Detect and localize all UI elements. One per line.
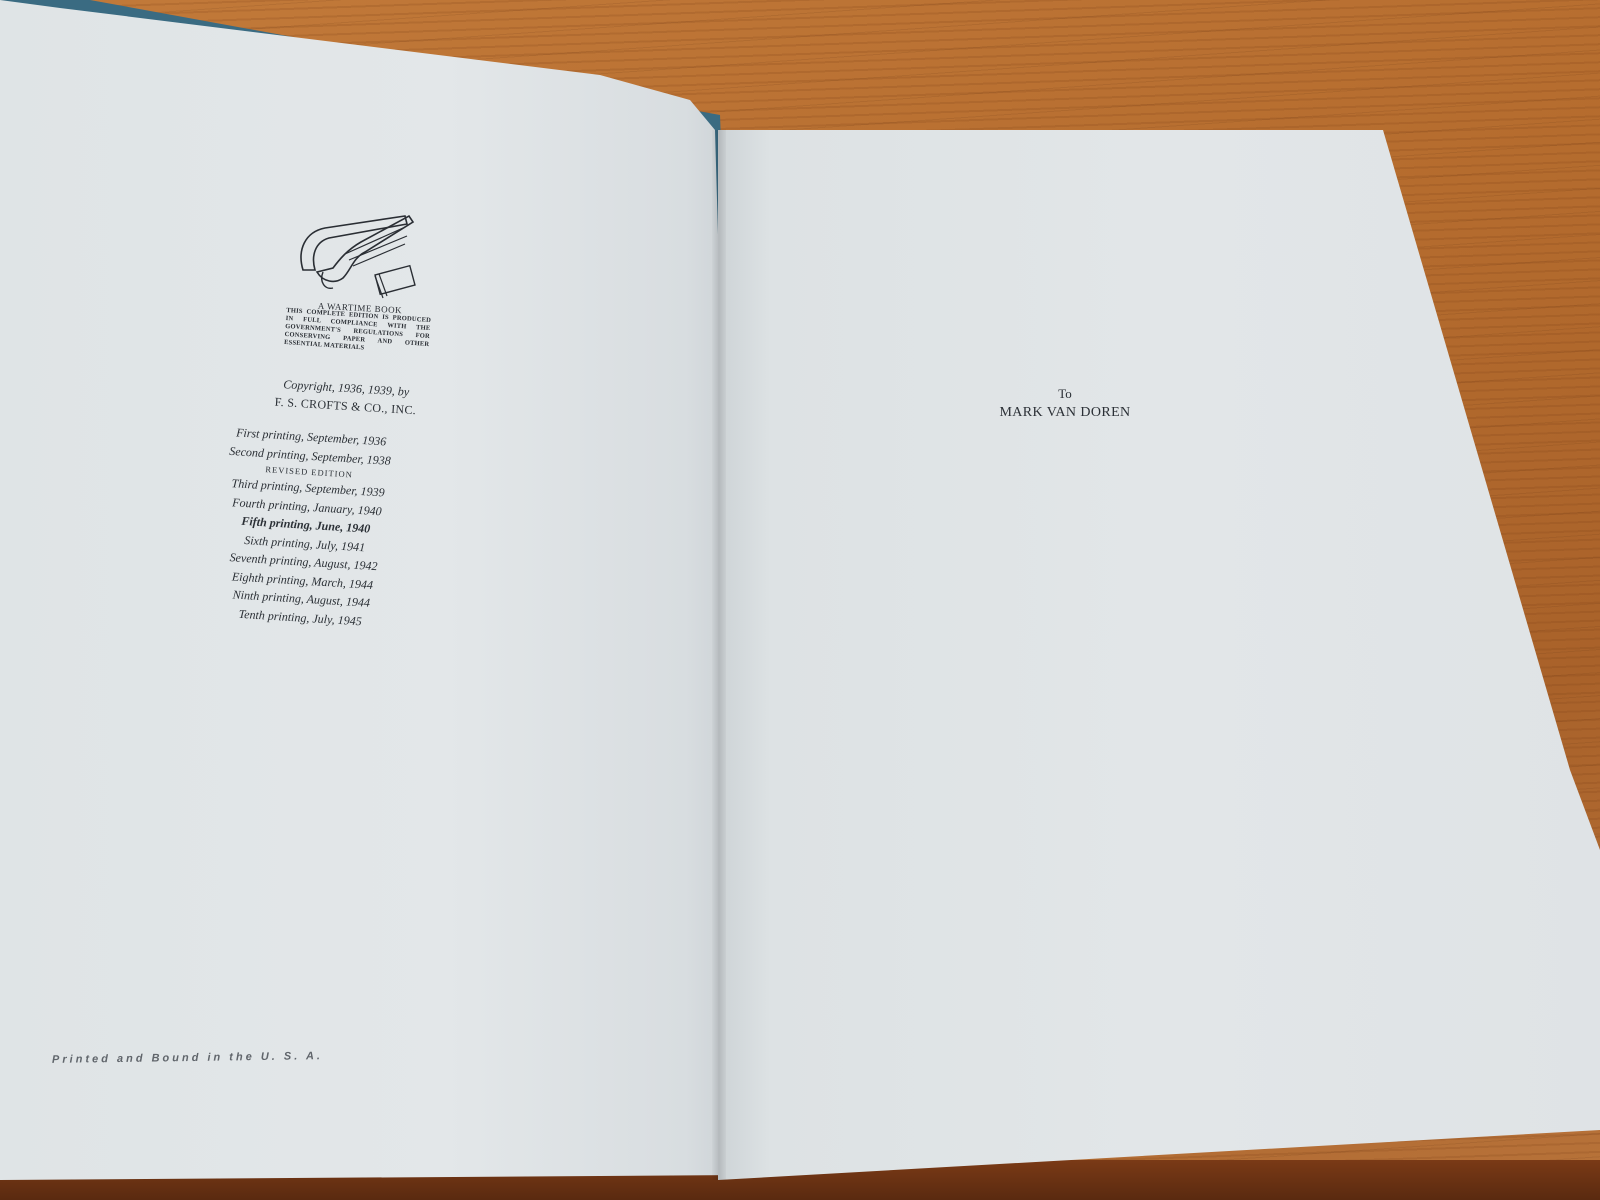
dedication-to: To [960,386,1170,402]
printing-history: First printing, September, 1936 Second p… [185,421,427,634]
eagle-books-weapons-icon [295,210,420,305]
dedication-name: MARK VAN DOREN [960,405,1170,421]
copyright-imprint: Copyright, 1936, 1939, by F. S. CROFTS &… [185,372,430,634]
book-gutter [712,130,726,1180]
dedication: To MARK VAN DOREN [960,386,1170,421]
right-page [718,130,1600,1180]
